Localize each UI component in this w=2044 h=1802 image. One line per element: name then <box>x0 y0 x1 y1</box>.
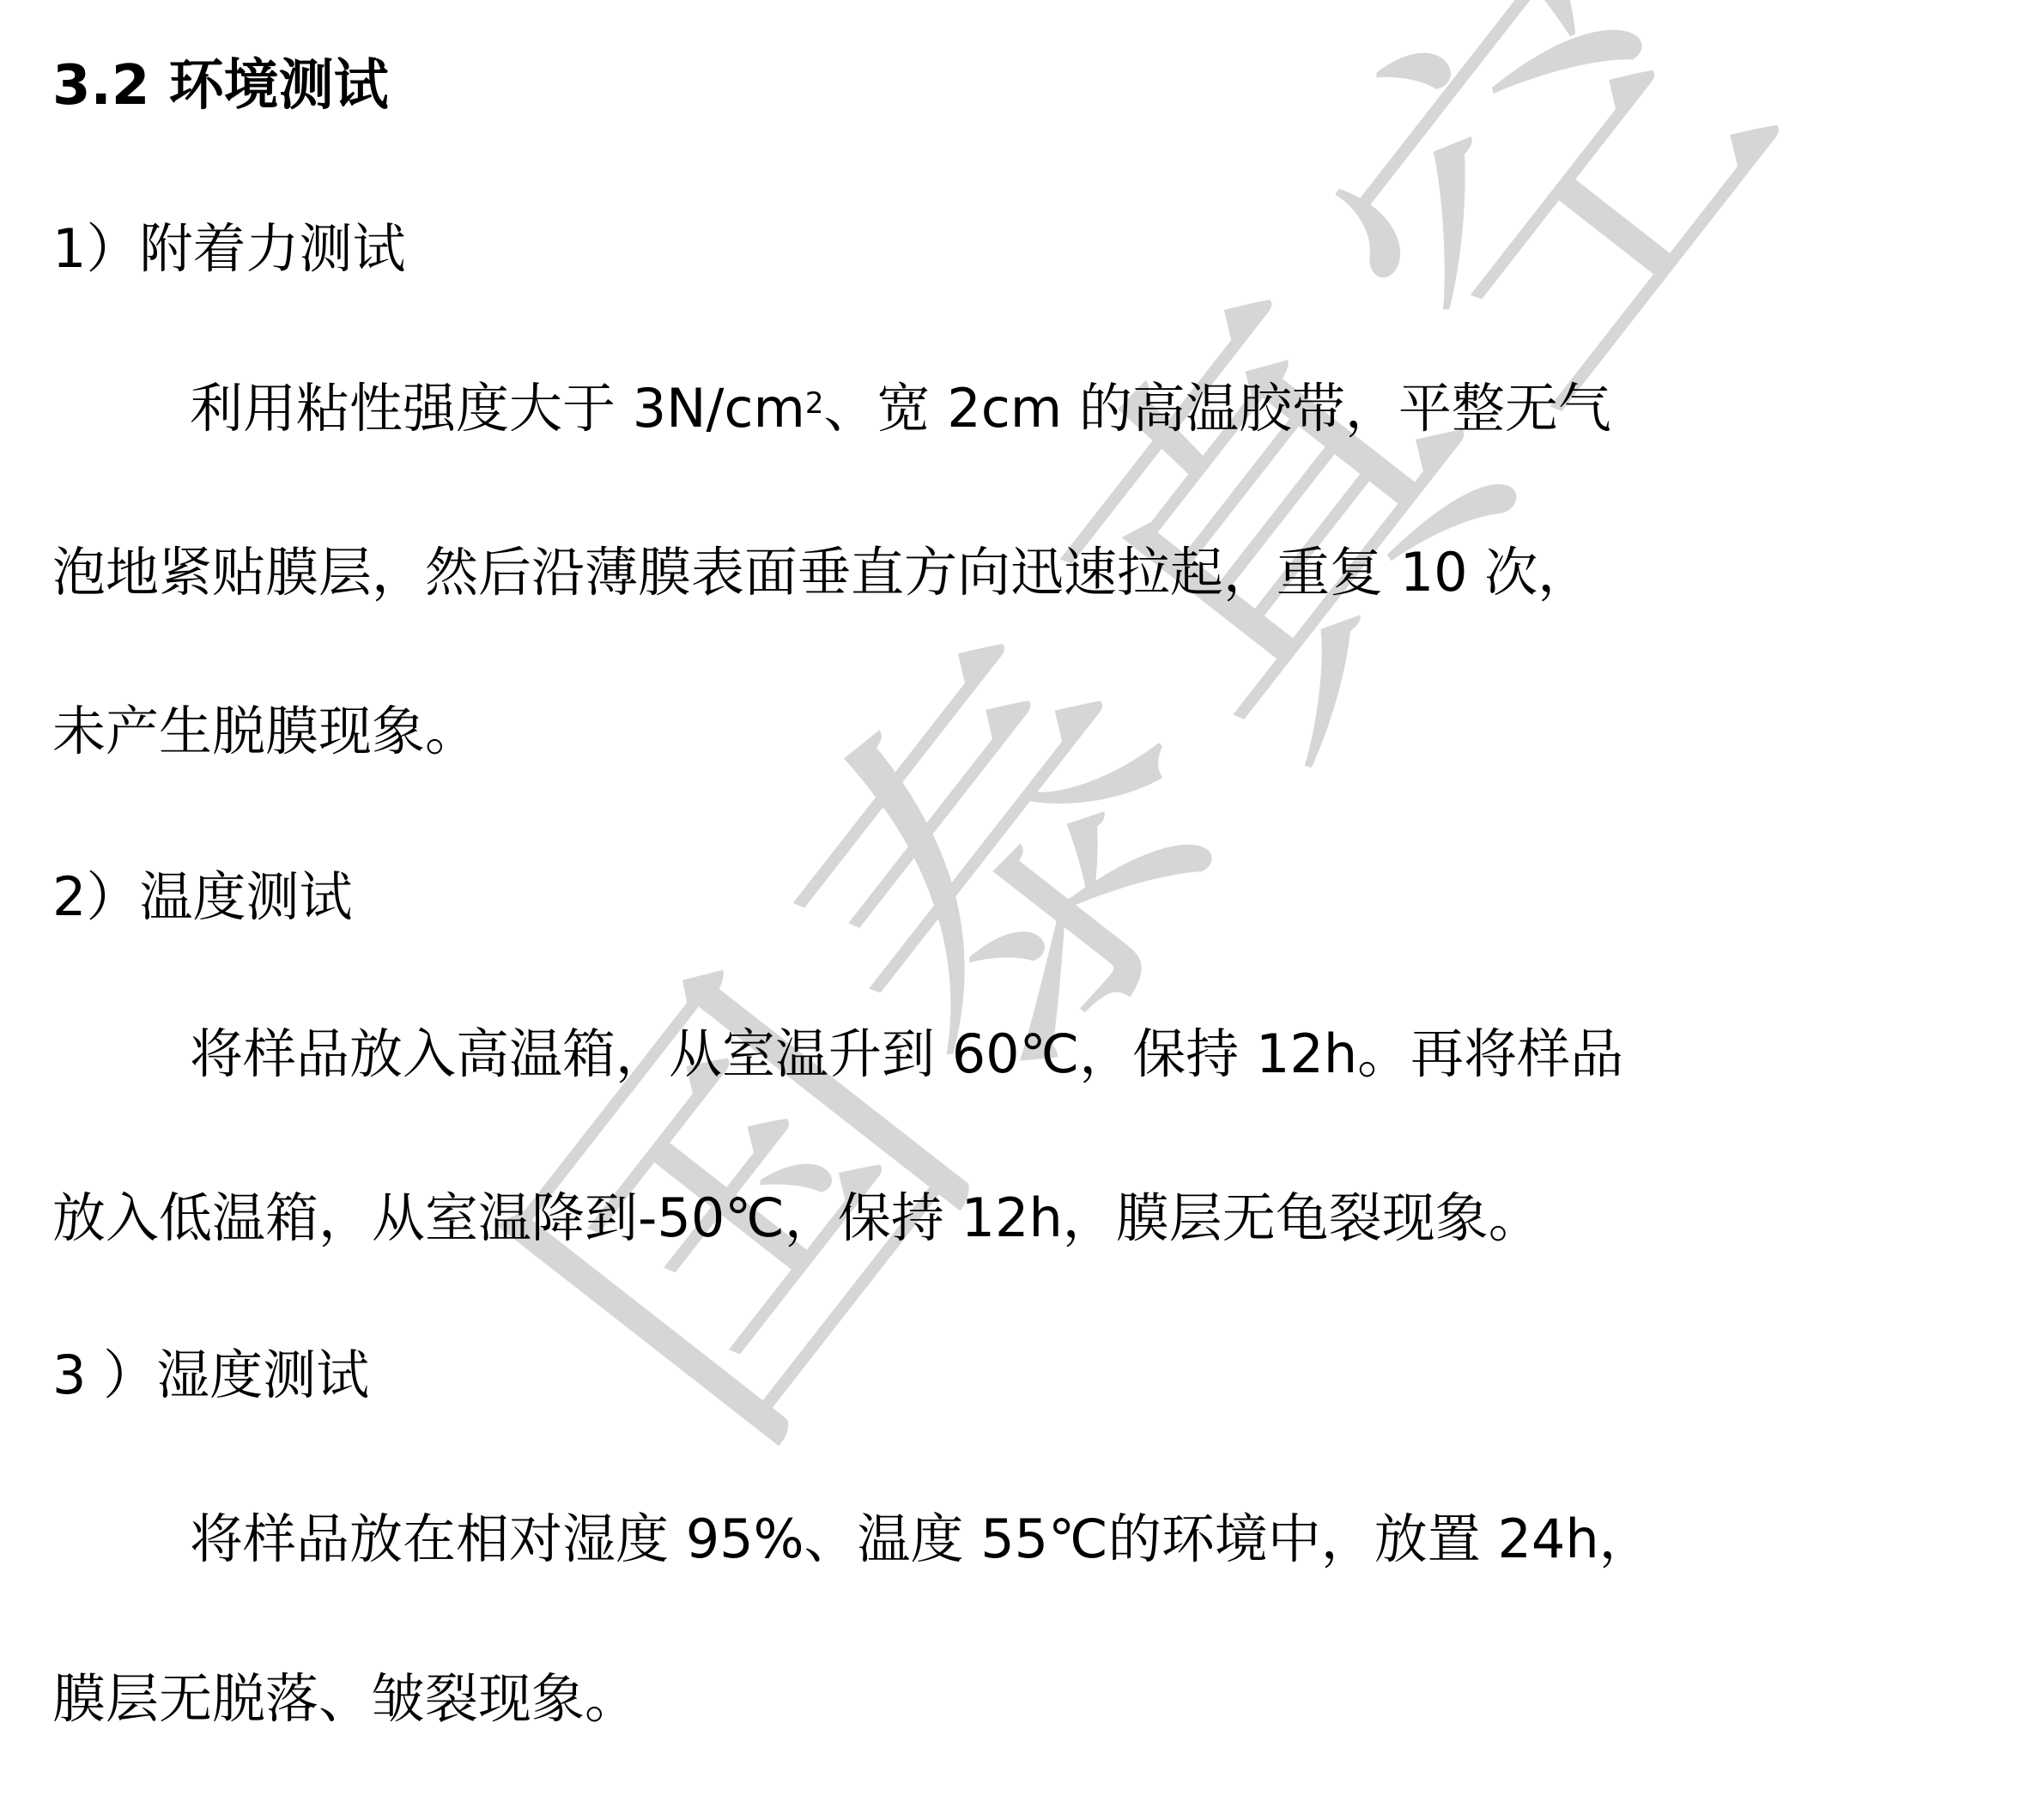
paragraph-line: 将样品放入高温箱，从室温升到 60℃，保持 12h。再将样品 <box>190 1020 1623 1089</box>
paragraph-text: 、宽 2cm 的高温胶带，平整无气 <box>824 377 1611 440</box>
paragraph-line: 膜层无脱落、皱裂现象。 <box>52 1665 638 1733</box>
paragraph-line: 放入低温箱，从室温降到-50℃，保持 12h，膜层无龟裂现象。 <box>52 1184 1542 1253</box>
watermark-text: 国泰真空 <box>461 0 1857 1496</box>
subsection-heading-humidity: 3 ）湿度测试 <box>52 1341 369 1410</box>
superscript: 2 <box>805 386 824 421</box>
paragraph-line: 未产生脱膜现象。 <box>52 697 478 766</box>
subsection-heading-temperature: 2）温度测试 <box>52 863 352 931</box>
paragraph-line: 泡地紧贴膜层，然后沿薄膜表面垂直方向迅速拉起，重复 10 次， <box>52 538 1591 607</box>
paragraph-line: 利用粘性强度大于 3N/cm2、宽 2cm 的高温胶带，平整无气 <box>190 374 1611 443</box>
subsection-heading-adhesion: 1）附着力测试 <box>52 215 405 283</box>
paragraph-text: 利用粘性强度大于 3N/cm <box>190 377 805 440</box>
paragraph-line: 将样品放在相对湿度 95%、温度 55℃的环境中，放置 24h， <box>190 1505 1653 1574</box>
section-title: 3.2 环境测试 <box>52 52 389 120</box>
